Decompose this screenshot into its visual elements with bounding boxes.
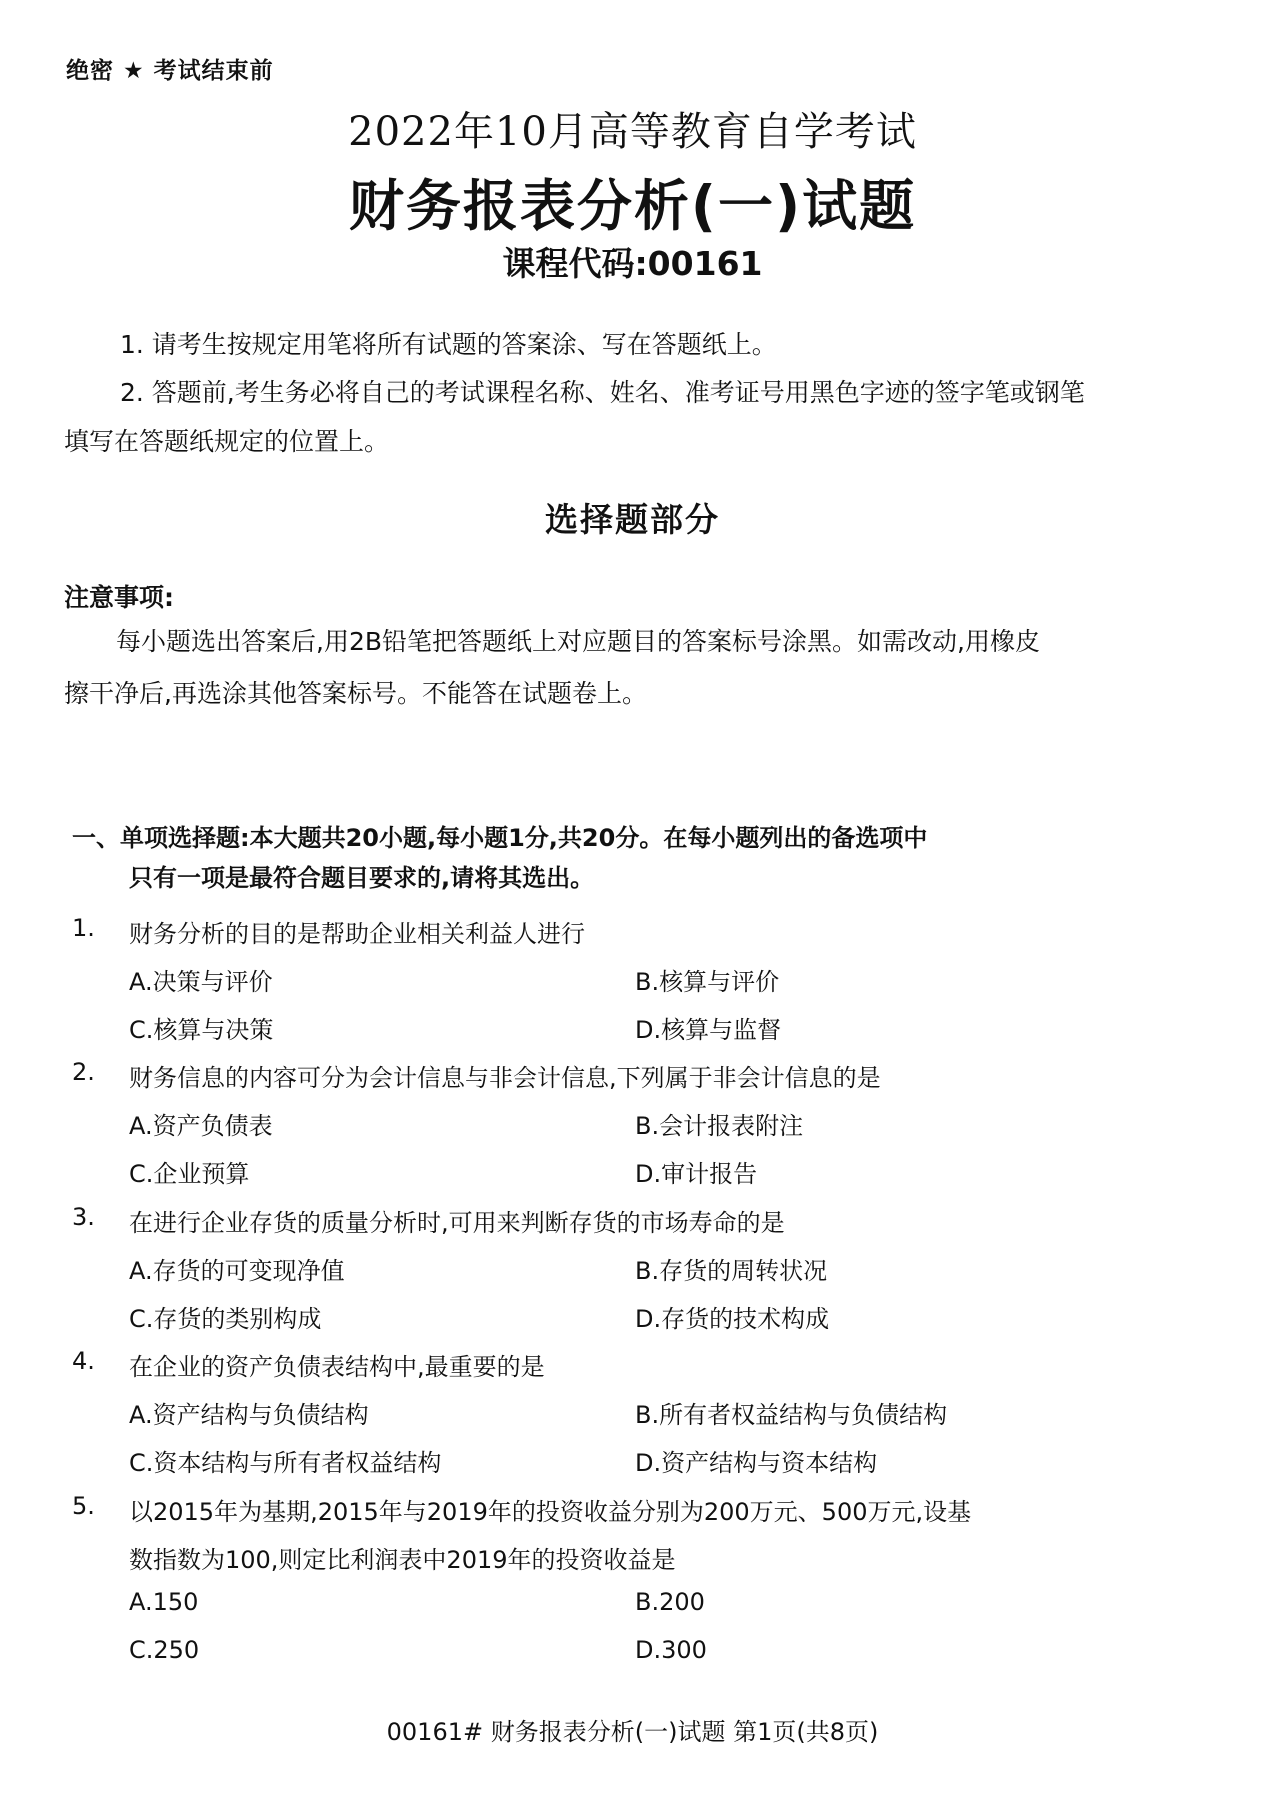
question-text-continued: 数指数为100,则定比利润表中2019年的投资收益是 (129, 1540, 676, 1575)
option-d: D.存货的技术构成 (635, 1299, 829, 1334)
option-b: B.存货的周转状况 (635, 1251, 827, 1286)
instruction-item-2-continued: 填写在答题纸规定的位置上。 (64, 417, 389, 466)
question-number: 2. (72, 1058, 95, 1086)
attention-text-continued: 擦干净后,再选涂其他答案标号。不能答在试题卷上。 (64, 674, 647, 710)
question-number: 4. (72, 1347, 95, 1375)
instruction-item-2: 2. 答题前,考生务必将自己的考试课程名称、姓名、准考证号用黑色字迹的签字笔或钢… (120, 368, 1085, 417)
exam-title: 2022年10月高等教育自学考试 (0, 100, 1265, 157)
option-c: C.250 (129, 1636, 199, 1664)
option-a: A.存货的可变现净值 (129, 1251, 345, 1286)
question-number: 1. (72, 914, 95, 942)
option-b: B.会计报表附注 (635, 1106, 803, 1141)
option-d: D.审计报告 (635, 1154, 757, 1189)
question-number: 3. (72, 1203, 95, 1231)
attention-label: 注意事项: (64, 578, 174, 614)
option-d: D.核算与监督 (635, 1010, 781, 1045)
option-a: A.资产负债表 (129, 1106, 273, 1141)
course-code: 课程代码:00161 (0, 238, 1265, 285)
option-b: B.200 (635, 1588, 705, 1616)
part-header: 一、单项选择题:本大题共20小题,每小题1分,共20分。在每小题列出的备选项中 (72, 818, 927, 853)
confidential-label: 绝密 ★ 考试结束前 (66, 52, 274, 85)
attention-text: 每小题选出答案后,用2B铅笔把答题纸上对应题目的答案标号涂黑。如需改动,用橡皮 (116, 622, 1040, 658)
instruction-item-1: 1. 请考生按规定用笔将所有试题的答案涂、写在答题纸上。 (120, 320, 777, 369)
question-text: 财务分析的目的是帮助企业相关利益人进行 (129, 914, 585, 949)
question-text: 在进行企业存货的质量分析时,可用来判断存货的市场寿命的是 (129, 1203, 785, 1238)
question-text: 以2015年为基期,2015年与2019年的投资收益分别为200万元、500万元… (129, 1492, 971, 1527)
question-text: 财务信息的内容可分为会计信息与非会计信息,下列属于非会计信息的是 (129, 1058, 881, 1093)
option-b: B.所有者权益结构与负债结构 (635, 1395, 947, 1430)
option-c: C.企业预算 (129, 1154, 249, 1189)
option-c: C.核算与决策 (129, 1010, 273, 1045)
option-c: C.资本结构与所有者权益结构 (129, 1443, 441, 1478)
option-c: C.存货的类别构成 (129, 1299, 321, 1334)
page-footer: 00161# 财务报表分析(一)试题 第1页(共8页) (0, 1712, 1265, 1747)
question-text: 在企业的资产负债表结构中,最重要的是 (129, 1347, 545, 1382)
question-number: 5. (72, 1492, 95, 1520)
option-d: D.300 (635, 1636, 707, 1664)
section-title: 选择题部分 (0, 494, 1265, 541)
option-a: A.决策与评价 (129, 962, 273, 997)
option-d: D.资产结构与资本结构 (635, 1443, 877, 1478)
part-header-continued: 只有一项是最符合题目要求的,请将其选出。 (129, 858, 594, 893)
option-a: A.150 (129, 1588, 198, 1616)
paper-title: 财务报表分析(一)试题 (0, 162, 1265, 241)
option-a: A.资产结构与负债结构 (129, 1395, 369, 1430)
option-b: B.核算与评价 (635, 962, 779, 997)
